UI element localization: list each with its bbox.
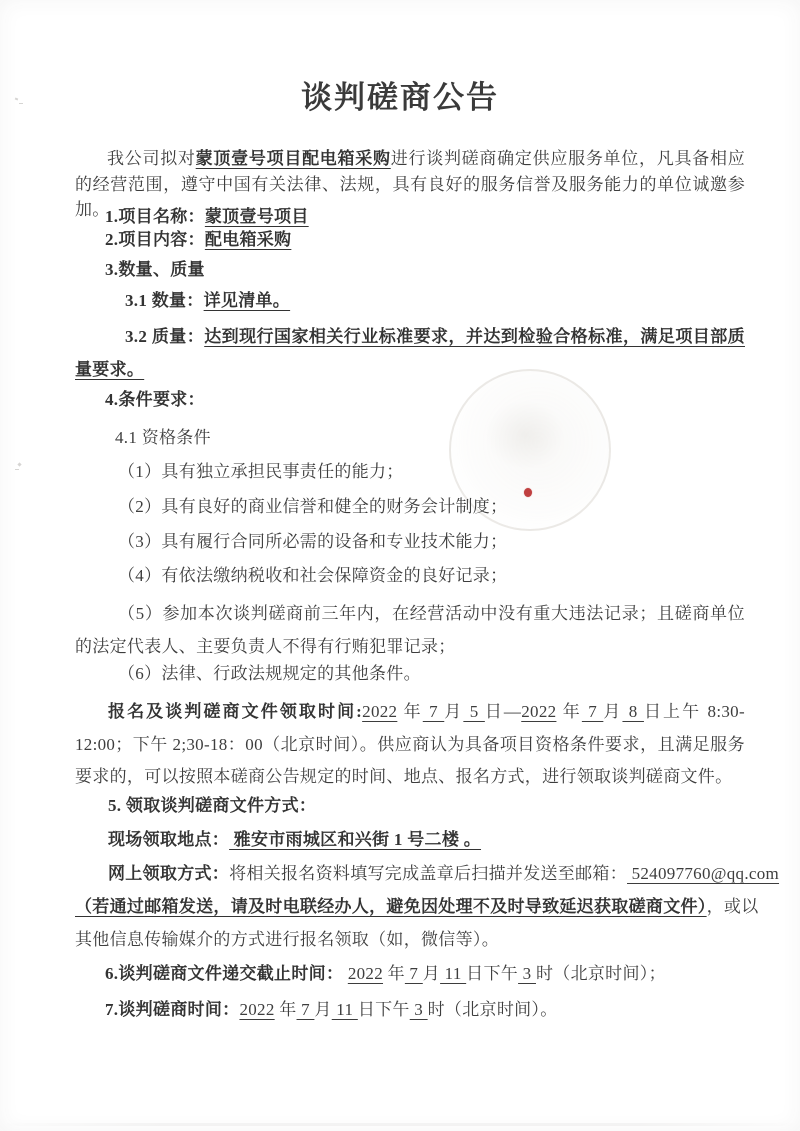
quantity-quality-heading: 3.数量、质量: [105, 258, 745, 282]
text-run: 3: [518, 964, 536, 983]
text-run: （6）法律、行政法规规定的其他条件。: [118, 664, 421, 683]
text-run: 7: [297, 1000, 315, 1019]
quantity-line: 3.1 数量：详见清单。: [125, 289, 745, 313]
text-run: 1.项目名称：: [105, 207, 205, 226]
text-run: 我公司拟对: [107, 149, 196, 168]
text-run: 3.2 质量：: [125, 327, 204, 346]
text-run: 7: [582, 702, 603, 721]
text-run: 7: [423, 702, 444, 721]
scanned-document-page: 谈判磋商公告 我公司拟对蒙顶壹号项目配电箱采购进行谈判磋商确定供应服务单位，凡具…: [0, 0, 800, 1131]
onsite-pickup-address-line: 现场领取地点： 雅安市雨城区和兴街 1 号二楼 。: [108, 828, 745, 852]
scan-speck: [15, 469, 19, 470]
text-run: 其他信息传输媒介的方式进行报名领取（如，微信等）。: [75, 930, 499, 949]
text-run: （2）具有良好的商业信誉和健全的财务会计制度；: [118, 497, 507, 516]
text-run: 日下午: [358, 1000, 410, 1019]
text-run: 2022: [239, 1000, 274, 1019]
text-run: 5. 领取谈判磋商文件方式：: [108, 796, 316, 815]
text-run: 时（北京时间）。: [428, 1000, 558, 1019]
other-media-line: 其他信息传输媒介的方式进行报名领取（如，微信等）。: [75, 928, 745, 952]
condition-item-2: （2）具有良好的商业信誉和健全的财务会计制度；: [118, 495, 745, 519]
text-run: 7: [405, 964, 423, 983]
text-run: 2022: [362, 702, 397, 721]
condition-item-1: （1）具有独立承担民事责任的能力；: [118, 460, 745, 484]
document-title: 谈判磋商公告: [0, 72, 800, 117]
scan-edge-shadow: [0, 1123, 800, 1126]
text-run: 日下午: [466, 964, 518, 983]
text-run: 月: [444, 702, 463, 721]
text-run: 月: [603, 702, 622, 721]
quality-paragraph: 3.2 质量：达到现行国家相关行业标准要求，并达到检验合格标准，满足项目部质量要…: [75, 320, 745, 386]
text-run: 2022: [521, 702, 556, 721]
text-run: 3.1 数量：: [125, 291, 204, 310]
negotiation-time-line: 7.谈判磋商时间：2022 年 7 月 11 日下午 3 时（北京时间）。: [105, 998, 745, 1022]
text-run: 配电箱采购: [205, 230, 292, 249]
text-run: （4）有依法缴纳税收和社会保障资金的良好记录；: [118, 566, 507, 585]
text-run: 年: [383, 964, 405, 983]
condition-item-4: （4）有依法缴纳税收和社会保障资金的良好记录；: [118, 564, 745, 588]
project-content-line: 2.项目内容：配电箱采购: [105, 228, 745, 252]
text-run: 3: [410, 1000, 428, 1019]
submission-deadline-line: 6.谈判磋商文件递交截止时间： 2022 年 7 月 11 日下午 3 时（北京…: [105, 962, 745, 986]
text-run: 蒙顶壹号项目配电箱采购: [196, 149, 391, 168]
text-run: 3.数量、质量: [105, 260, 205, 279]
red-ink-dot: [524, 488, 532, 497]
text-run: 雅安市雨城区和兴街 1 号二楼 。: [229, 830, 481, 849]
conditions-heading: 4.条件要求：: [105, 388, 745, 412]
text-run: 4.条件要求：: [105, 390, 205, 409]
text-run: （5）参加本次谈判磋商前三年内，在经营活动中没有重大违法记录；且磋商单位的法定代…: [75, 604, 745, 656]
scan-speck: [17, 462, 21, 466]
text-run: 2.项目内容：: [105, 230, 205, 249]
text-run: 报名及谈判磋商文件领取时间:: [108, 702, 362, 721]
text-run: 8: [622, 702, 643, 721]
text-run: 时（北京时间）；: [536, 964, 666, 983]
text-run: （3）具有履行合同所必需的设备和专业技术能力；: [118, 532, 507, 551]
text-run: 4.1 资格条件: [115, 428, 211, 447]
text-run: 7.谈判磋商时间：: [105, 1000, 239, 1019]
text-run: 11: [440, 964, 466, 983]
text-run: 6.谈判磋商文件递交截止时间：: [105, 964, 343, 983]
text-run: 524097760@qq.com: [627, 864, 779, 883]
text-run: 2022: [348, 964, 383, 983]
text-run: 现场领取地点：: [108, 830, 229, 849]
text-run: 年: [397, 702, 422, 721]
text-run: 5: [463, 702, 484, 721]
email-note-line: （若通过邮箱发送，请及时电联经办人，避免因处理不及时导致延迟获取磋商文件），或以: [75, 895, 745, 919]
text-run: 详见清单。: [204, 291, 291, 310]
text-run: 年: [556, 702, 581, 721]
text-run: 蒙顶壹号项目: [205, 207, 309, 226]
section-5-heading: 5. 领取谈判磋商文件方式：: [108, 794, 745, 818]
condition-item-6: （6）法律、行政法规规定的其他条件。: [118, 662, 745, 686]
text-run: 11: [332, 1000, 358, 1019]
text-run: 日—: [485, 702, 521, 721]
condition-item-3: （3）具有履行合同所必需的设备和专业技术能力；: [118, 530, 745, 554]
text-run: 网上领取方式：: [108, 864, 229, 883]
document-pickup-time-paragraph: 报名及谈判磋商文件领取时间:2022 年 7 月 5 日—2022 年 7 月 …: [75, 696, 745, 794]
text-run: 年: [275, 1000, 297, 1019]
online-pickup-email-line: 网上领取方式：将相关报名资料填写完成盖章后扫描并发送至邮箱： 524097760…: [108, 862, 745, 886]
project-name-line: 1.项目名称：蒙顶壹号项目: [105, 205, 745, 229]
text-run: 月: [314, 1000, 331, 1019]
text-run: 月: [423, 964, 440, 983]
text-run: ，或以: [707, 897, 759, 916]
condition-item-5: （5）参加本次谈判磋商前三年内，在经营活动中没有重大违法记录；且磋商单位的法定代…: [75, 598, 745, 663]
text-run: （1）具有独立承担民事责任的能力；: [118, 462, 404, 481]
text-run: （若通过邮箱发送，请及时电联经办人，避免因处理不及时导致延迟获取磋商文件）: [75, 897, 707, 916]
qualification-subheading: 4.1 资格条件: [115, 426, 745, 450]
text-run: 将相关报名资料填写完成盖章后扫描并发送至邮箱：: [229, 864, 627, 883]
